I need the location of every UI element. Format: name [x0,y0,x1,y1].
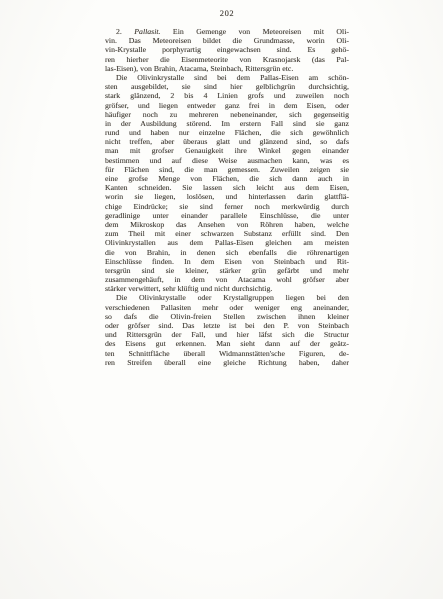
text-line: Die Olivinkrystalle sind bei dem Pallas-… [105,73,349,82]
text-line: zum Theil mit einer schwarzen Substanz e… [105,229,349,238]
text-block: 2. Pallasit. Ein Gemenge von Meteoreisen… [105,27,349,367]
text-line: sten ausgebildet, sie sind hier gelblich… [105,82,349,91]
text-line: 2. Pallasit. Ein Gemenge von Meteoreisen… [105,27,349,36]
text-line: tersgrün sind sie kleiner, stärker grün … [105,266,349,275]
text-line: vin. Das Meteoreisen bildet die Grundmas… [105,36,349,45]
text-line: las-Eisen), von Brahin, Atacama, Steinba… [105,64,349,73]
text-line: gröfser, und liegen entweder ganz frei i… [105,101,349,110]
book-page: 202 2. Pallasit. Ein Gemenge von Meteore… [0,0,443,599]
text-line: bestimmen und auf diese Weise ausmachen … [105,156,349,165]
text-line: des Eisens gut erkennen. Man sieht dann … [105,339,349,348]
text-line: oder gröfser sind. Das letzte ist bei de… [105,321,349,330]
paragraph-pallasit-definition: 2. Pallasit. Ein Gemenge von Meteoreisen… [105,27,349,73]
paragraph-krystallgruppen-structure: Die Olivinkrystalle oder Krystallgruppen… [105,293,349,367]
paragraph-olivinkrystalle-description: Die Olivinkrystalle sind bei dem Pallas-… [105,73,349,294]
text-line: ren Streifen überall eine gleiche Richtu… [105,358,349,367]
text-line: worin sie liegen, loslösen, und hinterla… [105,192,349,201]
text-line: Olivinkrystallen aus dem Pallas-Eisen gl… [105,238,349,247]
text-line: und Rittersgrün der Fall, und hier läfst… [105,330,349,339]
text-line: ren hierher die Eisenmeteorite von Krasn… [105,55,349,64]
text-line: die von Brahin, in denen sich ebenfalls … [105,248,349,257]
text-line: verschiedenen Pallasiten mehr oder wenig… [105,303,349,312]
text-line: dem Mikroskop das Ansehen von Röhren hab… [105,220,349,229]
text-line: stärker verwittert, sehr klüftig und nic… [105,284,349,293]
text-line: man mit grofser Genauigkeit ihre Winkel … [105,146,349,155]
text-line: zusammengehäuft, in dem von Atacama wohl… [105,275,349,284]
text-line: Einschlüsse finden. In dem Eisen von Ste… [105,257,349,266]
text-line: vin-Krystalle porphyrartig eingewachsen … [105,45,349,54]
text-line: chige Eindrücke; sie sind ferner noch me… [105,202,349,211]
text-line: in der Ausbildung störend. Im erstern Fa… [105,119,349,128]
text-line: nicht treffen, aber überaus glatt und gl… [105,137,349,146]
text-line: eine grofse Menge von Flächen, die sich … [105,174,349,183]
text-line: Die Olivinkrystalle oder Krystallgruppen… [105,293,349,302]
text-line: Kanten schneiden. Sie lassen sich leicht… [105,183,349,192]
text-line: ten Schnittfläche überall Widmannstätten… [105,349,349,358]
text-line: geradlinige unter einander parallele Ein… [105,211,349,220]
text-line: so dafs die Olivin-freien Stellen zwisch… [105,312,349,321]
text-line: stark glänzend, 2 bis 4 Linien grofs und… [105,91,349,100]
text-line: für Flächen sind, die man gemessen. Zuwe… [105,165,349,174]
text-line: rund und haben nur einzelne Flächen, die… [105,128,349,137]
page-number: 202 [105,8,349,18]
text-line: häufiger noch zu mehreren nebeneinander,… [105,110,349,119]
